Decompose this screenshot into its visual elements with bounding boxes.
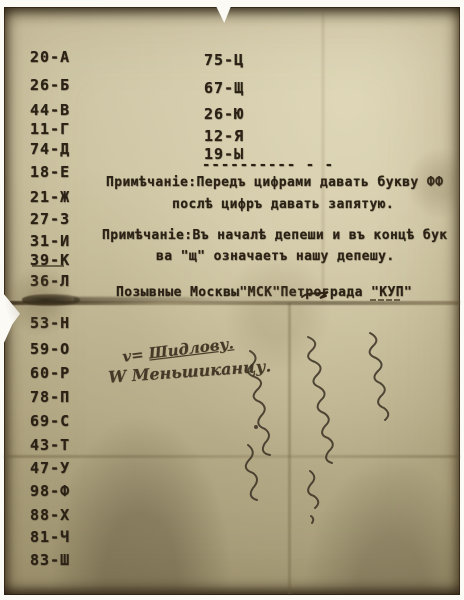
note-2-line-2: ва "щ" означаетъ нашу депешу. [156, 249, 395, 264]
note-1-label: Примѣчаніе: [106, 175, 197, 190]
cipher-pair-ch: 81-Ч [30, 528, 70, 546]
cipher-pair-f: 98-Ф [30, 482, 70, 500]
cipher-pair-o: 59-О [30, 340, 70, 358]
top-edge-notch [216, 6, 231, 23]
cipher-pair-sh: 83-Ш [30, 551, 70, 569]
cipher-pair-shch: 67-Щ [204, 79, 244, 97]
cipher-pair-s: 69-С [30, 412, 70, 430]
note-2-line-1: Примѣчаніе:Въ началѣ депеши и въ концѣ б… [102, 228, 448, 243]
note-1-line-1: Примѣчаніе:Передъ цифрами давать букву Ф… [106, 175, 443, 190]
cipher-pair-ts: 75-Ц [204, 51, 244, 69]
cipher-pair-l: 36-Л [30, 272, 70, 290]
cipher-pair-z: 27-З [30, 210, 70, 228]
cipher-pair-zh: 21-Ж [30, 188, 70, 206]
cipher-pair-i: 31-И [30, 232, 70, 250]
cipher-pair-r: 60-Р [30, 364, 70, 382]
struck-out-entry [22, 294, 80, 306]
cipher-pair-kh: 88-Х [30, 506, 70, 524]
separator-dashes: ---------- - - [202, 157, 334, 173]
k-entry-underline [32, 265, 64, 267]
cipher-pair-t: 43-Т [30, 436, 70, 454]
cipher-pair-e: 18-Е [30, 163, 70, 181]
cipher-pair-yu: 26-Ю [204, 105, 244, 123]
cipher-pair-b: 26-Б [30, 76, 70, 94]
cipher-pair-a: 20-А [30, 48, 70, 66]
cipher-pair-v: 44-В [30, 101, 70, 119]
lower-fold-crease [4, 455, 460, 458]
ink-smear [74, 297, 254, 302]
cipher-pair-ya: 12-Я [204, 127, 244, 145]
cipher-pair-d: 74-Д [30, 140, 70, 158]
cipher-pair-n: 53-Н [30, 314, 70, 332]
document-photo: 20-А 26-Б 44-В 11-Г 74-Д 18-Е 21-Ж 27-З … [4, 7, 460, 595]
upper-vertical-crease [322, 13, 324, 303]
cipher-pair-p: 78-П [30, 388, 70, 406]
note-1-line-2: послѣ цифръ давать запятую. [172, 197, 394, 212]
cipher-pair-u: 47-У [30, 459, 70, 477]
note-2-label: Примѣчаніе: [102, 228, 193, 243]
cipher-pair-g: 11-Г [30, 120, 70, 138]
vertical-fold-crease [288, 303, 291, 595]
scanned-page: 20-А 26-Б 44-В 11-Г 74-Д 18-Е 21-Ж 27-З … [0, 0, 464, 600]
